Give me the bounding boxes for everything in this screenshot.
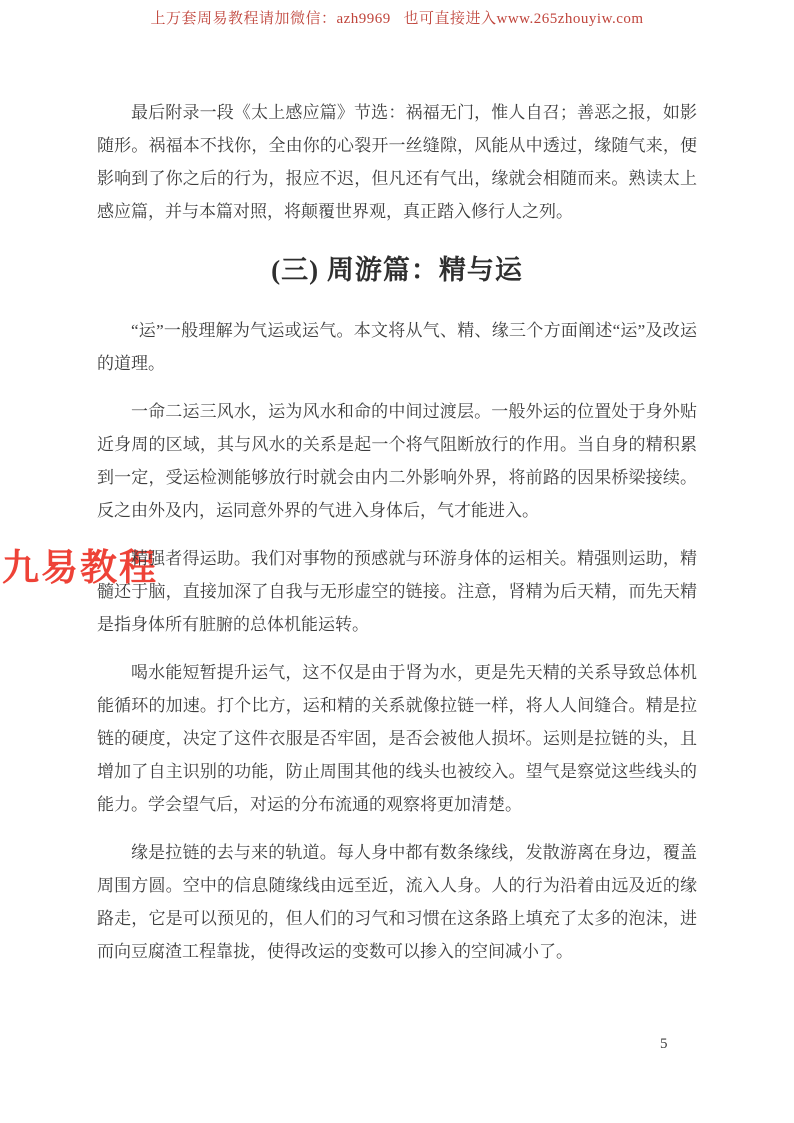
document-body: 最后附录一段《太上感应篇》节选：祸福无门，惟人自召；善恶之报，如影随形。祸福本不… xyxy=(97,96,697,983)
paragraph: 一命二运三风水，运为风水和命的中间过渡层。一般外运的位置处于身外贴近身周的区域，… xyxy=(97,395,697,527)
page-number: 5 xyxy=(660,1036,668,1053)
paragraph-intro: 最后附录一段《太上感应篇》节选：祸福无门，惟人自召；善恶之报，如影随形。祸福本不… xyxy=(97,96,697,228)
paragraph: “运”一般理解为气运或运气。本文将从气、精、缘三个方面阐述“运”及改运的道理。 xyxy=(97,314,697,380)
promo-header-text: 上万套周易教程请加微信：azh9969 也可直接进入www.265zhouyiw… xyxy=(0,7,794,28)
section-heading: (三) 周游篇：精与运 xyxy=(97,250,697,290)
paragraph: 精强者得运助。我们对事物的预感就与环游身体的运相关。精强则运助，精髓还于脑，直接… xyxy=(97,542,697,641)
paragraph: 喝水能短暂提升运气，这不仅是由于肾为水，更是先天精的关系导致总体机能循环的加速。… xyxy=(97,656,697,821)
paragraph: 缘是拉链的去与来的轨道。每人身中都有数条缘线，发散游离在身边，覆盖周围方圆。空中… xyxy=(97,836,697,968)
